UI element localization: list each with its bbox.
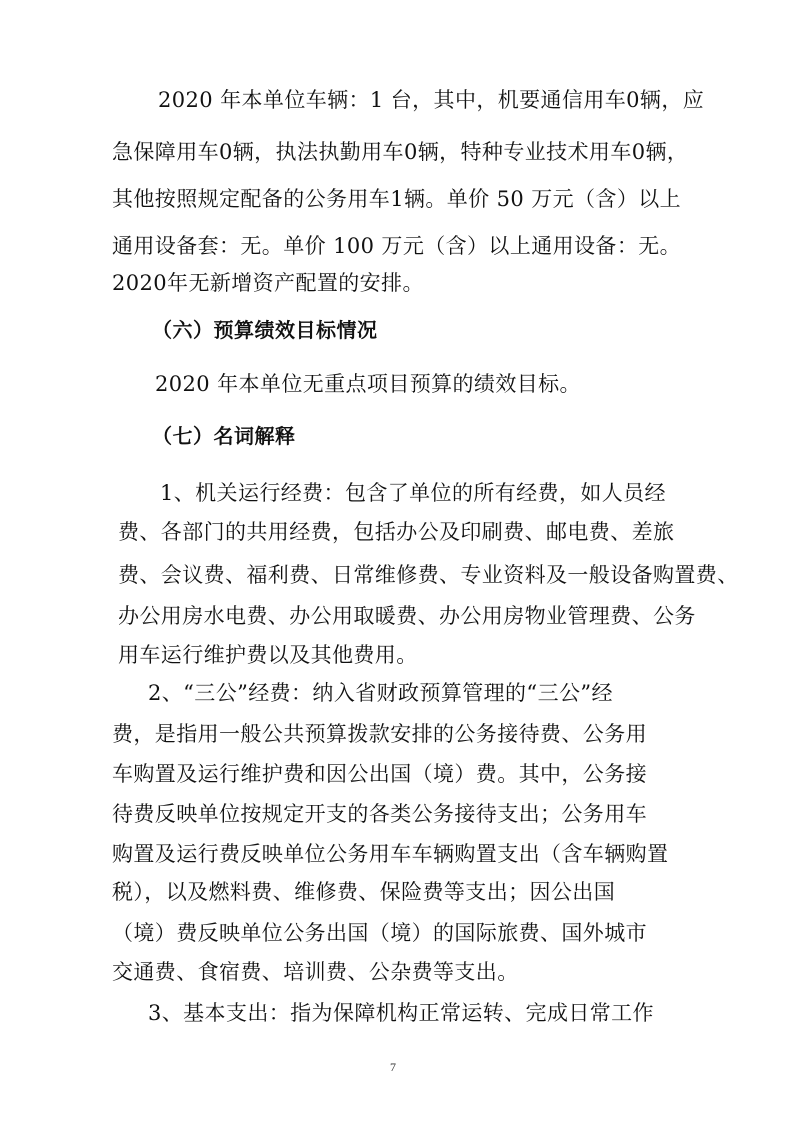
page-number: 7 — [390, 1060, 396, 1075]
paragraph-line: 费、会议费、福利费、日常维修费、专业资料及一般设备购置费、 — [118, 563, 739, 587]
paragraph-line: 急保障用车0辆，执法执勤用车0辆，特种专业技术用车0辆， — [112, 140, 688, 164]
paragraph-line: 3、基本支出：指为保障机构正常运转、完成日常工作 — [148, 1001, 654, 1025]
section-heading: （七）名词解释 — [152, 424, 296, 448]
paragraph-line: 车购置及运行维护费和因公出国（境）费。其中，公务接 — [112, 762, 647, 786]
paragraph-line: 2020 年本单位车辆：1 台，其中，机要通信用车0辆，应 — [158, 88, 704, 112]
section-heading: （六）预算绩效目标情况 — [152, 318, 378, 342]
paragraph-line: 办公用房水电费、办公用取暖费、办公用房物业管理费、公务 — [118, 604, 696, 628]
paragraph-line: 其他按照规定配备的公务用车1辆。单价 50 万元（含）以上 — [112, 187, 681, 211]
paragraph-line: 待费反映单位按规定开支的各类公务接待支出；公务用车 — [112, 802, 647, 826]
paragraph-line: 购置及运行费反映单位公务用车车辆购置支出（含车辆购置 — [112, 842, 668, 866]
paragraph-line: 2、“三公”经费：纳入省财政预算管理的“三公”经 — [148, 681, 613, 705]
paragraph-line: 税），以及燃料费、维修费、保险费等支出；因公出国 — [112, 880, 615, 904]
paragraph-line: （境）费反映单位公务出国（境）的国际旅费、国外城市 — [112, 921, 647, 945]
paragraph-line: 费、各部门的共用经费，包括办公及印刷费、邮电费、差旅 — [118, 520, 674, 544]
paragraph-line: 交通费、食宿费、培训费、公杂费等支出。 — [112, 960, 519, 984]
paragraph-line: 2020年无新增资产配置的安排。 — [112, 271, 424, 295]
paragraph-line: 用车运行维护费以及其他费用。 — [118, 643, 418, 667]
paragraph-line: 2020 年本单位无重点项目预算的绩效目标。 — [155, 372, 581, 396]
paragraph-line: 通用设备套：无。单价 100 万元（含）以上通用设备：无。 — [112, 234, 681, 258]
paragraph-line: 费，是指用一般公共预算拨款安排的公务接待费、公务用 — [112, 722, 647, 746]
document-page: 2020 年本单位车辆：1 台，其中，机要通信用车0辆，应急保障用车0辆，执法执… — [0, 0, 793, 1122]
paragraph-line: 1、机关运行经费：包含了单位的所有经费，如人员经 — [160, 481, 666, 505]
